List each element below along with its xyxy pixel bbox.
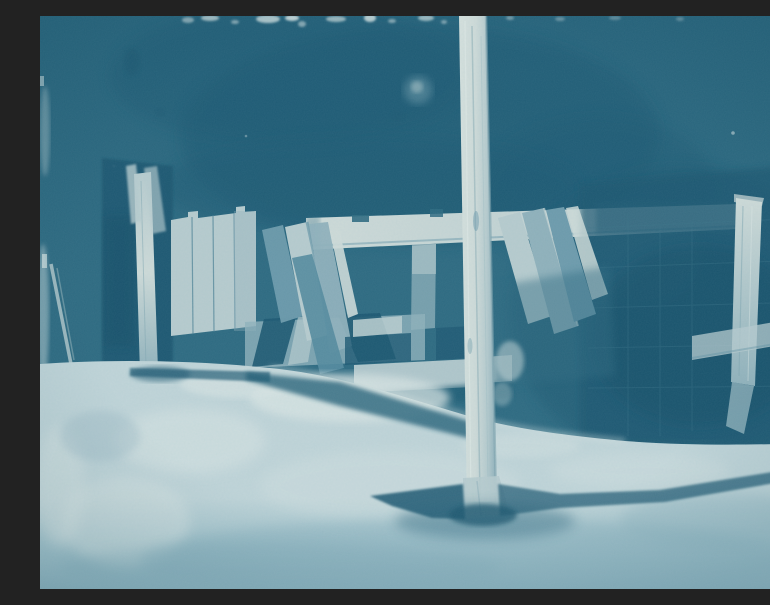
vignette bbox=[40, 16, 770, 589]
paper-grain bbox=[40, 16, 770, 589]
print-scene bbox=[40, 16, 770, 589]
cyanotype-print bbox=[40, 16, 770, 589]
